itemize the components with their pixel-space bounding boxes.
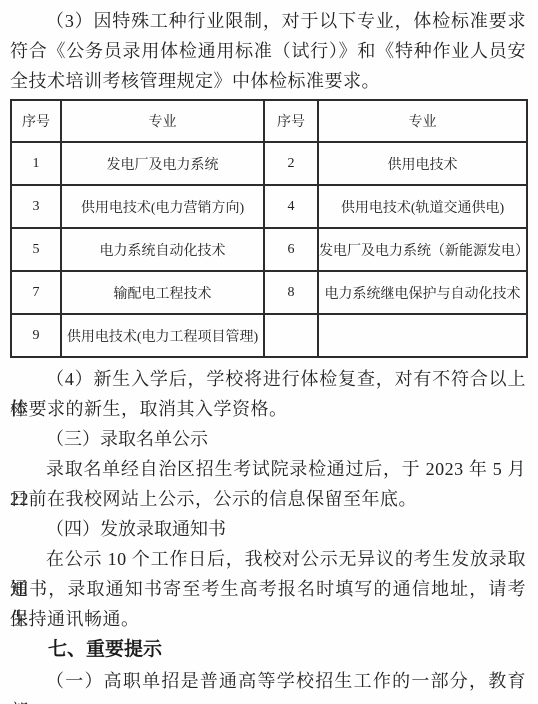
table-cell-index: 5 bbox=[11, 228, 61, 271]
table-row: 7 输配电工程技术 8 电力系统继电保护与自动化技术 bbox=[11, 271, 527, 314]
paragraph-line: 在公示 10 个工作日后，我校对公示无异议的考生发放录取通 bbox=[10, 544, 526, 574]
paragraph-line: 日前在我校网站上公示，公示的信息保留至年底。 bbox=[10, 484, 526, 514]
paragraph-line: 保持通讯畅通。 bbox=[10, 604, 526, 634]
table-cell-index: 3 bbox=[11, 185, 61, 228]
document-page: （3）因特殊工种行业限制，对于以下专业，体检标准要求 符合《公务员录用体检通用标… bbox=[0, 0, 538, 704]
col-header-major: 专业 bbox=[61, 100, 264, 142]
table-cell-major bbox=[318, 314, 527, 357]
table-cell-major: 发电厂及电力系统 bbox=[61, 142, 264, 185]
table-cell-index bbox=[264, 314, 318, 357]
table-cell-major: 供用电技术 bbox=[318, 142, 527, 185]
paragraph-line: 检要求的新生，取消其入学资格。 bbox=[10, 394, 526, 424]
paragraph-line: 知书，录取通知书寄至考生高考报名时填写的通信地址，请考生 bbox=[10, 574, 526, 604]
table-cell-index: 9 bbox=[11, 314, 61, 357]
table-cell-major: 供用电技术(轨道交通供电) bbox=[318, 185, 527, 228]
paragraph-publicity: 录取名单经自治区招生考试院录检通过后，于 2023 年 5 月 22 日前在我校… bbox=[10, 454, 526, 514]
majors-table: 序号 专业 序号 专业 1 发电厂及电力系统 2 供用电技术 3 供用电技术(电… bbox=[10, 99, 528, 358]
table-cell-major: 供用电技术(电力工程项目管理) bbox=[61, 314, 264, 357]
section-heading-admission-notice: （四）发放录取通知书 bbox=[10, 514, 526, 544]
table-cell-index: 4 bbox=[264, 185, 318, 228]
table-cell-major: 电力系统自动化技术 bbox=[61, 228, 264, 271]
table-row: 9 供用电技术(电力工程项目管理) bbox=[11, 314, 527, 357]
paragraph-line: （一）高职单招是普通高等学校招生工作的一部分，教育部 bbox=[10, 666, 526, 696]
table-row: 1 发电厂及电力系统 2 供用电技术 bbox=[11, 142, 527, 185]
table-cell-major: 发电厂及电力系统（新能源发电） bbox=[318, 228, 527, 271]
paragraph-reexamination: （4）新生入学后，学校将进行体检复查，对有不符合以上体 检要求的新生，取消其入学… bbox=[10, 364, 526, 424]
table-row: 5 电力系统自动化技术 6 发电厂及电力系统（新能源发电） bbox=[11, 228, 527, 271]
table-cell-index: 6 bbox=[264, 228, 318, 271]
paragraph-line: 录取名单经自治区招生考试院录检通过后，于 2023 年 5 月 22 bbox=[10, 454, 526, 484]
table-cell-index: 2 bbox=[264, 142, 318, 185]
col-header-major: 专业 bbox=[318, 100, 527, 142]
paragraph-line: （3）因特殊工种行业限制，对于以下专业，体检标准要求 bbox=[10, 6, 526, 36]
table-cell-major: 电力系统继电保护与自动化技术 bbox=[318, 271, 527, 314]
table-cell-major: 供用电技术(电力营销方向) bbox=[61, 185, 264, 228]
paragraph-single-recruit: （一）高职单招是普通高等学校招生工作的一部分，教育部 bbox=[10, 666, 526, 696]
paragraph-notice-delivery: 在公示 10 个工作日后，我校对公示无异议的考生发放录取通 知书，录取通知书寄至… bbox=[10, 544, 526, 634]
table-header-row: 序号 专业 序号 专业 bbox=[11, 100, 527, 142]
col-header-index: 序号 bbox=[11, 100, 61, 142]
table-cell-major: 输配电工程技术 bbox=[61, 271, 264, 314]
table-cell-index: 1 bbox=[11, 142, 61, 185]
section-heading-admission-list: （三）录取名单公示 bbox=[10, 424, 526, 454]
section-heading-important-tips: 七、重要提示 bbox=[10, 634, 526, 666]
table-cell-index: 7 bbox=[11, 271, 61, 314]
col-header-index: 序号 bbox=[264, 100, 318, 142]
paragraph-medical-standards: （3）因特殊工种行业限制，对于以下专业，体检标准要求 符合《公务员录用体检通用标… bbox=[10, 6, 526, 96]
paragraph-line: 符合《公务员录用体检通用标准（试行）》和《特种作业人员安 bbox=[10, 36, 526, 66]
table-cell-index: 8 bbox=[264, 271, 318, 314]
paragraph-line: （4）新生入学后，学校将进行体检复查，对有不符合以上体 bbox=[10, 364, 526, 394]
table-row: 3 供用电技术(电力营销方向) 4 供用电技术(轨道交通供电) bbox=[11, 185, 527, 228]
paragraph-line: 全技术培训考核管理规定》中体检标准要求。 bbox=[10, 66, 526, 96]
